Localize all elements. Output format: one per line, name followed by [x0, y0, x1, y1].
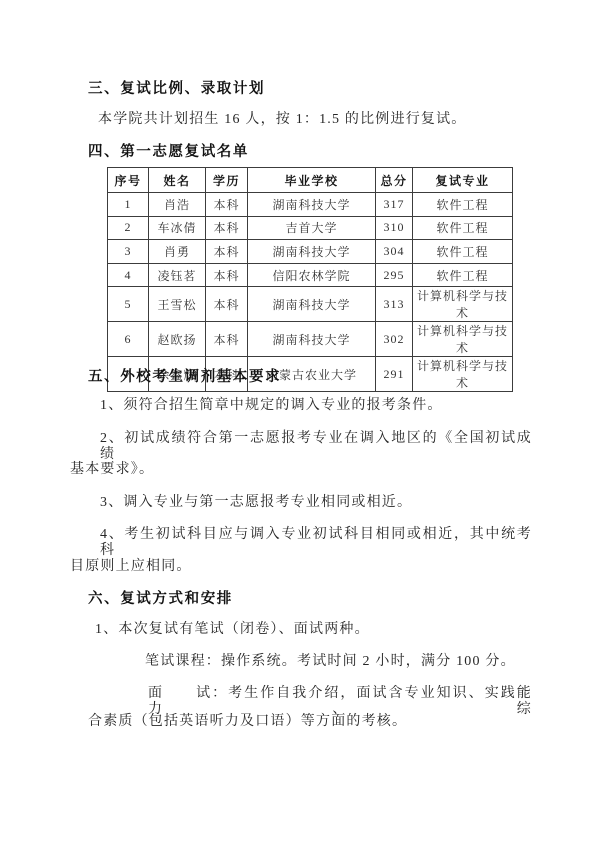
section5-item2-line1: 2、初试成绩符合第一志愿报考专业在调入地区的《全国初试成绩 [100, 431, 532, 463]
section5-heading: 五、外校考生调剂基本要求 [88, 369, 281, 386]
cell-degree: 本科 [206, 193, 248, 217]
cell-degree: 本科 [206, 263, 248, 287]
cell-school: 信阳农林学院 [248, 263, 376, 287]
cell-name: 赵欧扬 [149, 322, 206, 357]
table-row: 4 凌钰茗 本科 信阳农林学院 295 软件工程 [108, 263, 513, 287]
th-name: 姓名 [149, 168, 206, 193]
cell-degree: 本科 [206, 216, 248, 240]
cell-school: 湖南科技大学 [248, 240, 376, 264]
document-page: 三、复试比例、录取计划 本学院共计划招生 16 人，按 1：1.5 的比例进行复… [0, 0, 600, 848]
th-school: 毕业学校 [248, 168, 376, 193]
section6-interview-line2: 合素质（包括英语听力及口语）等方面的考核。 [88, 714, 407, 730]
cell-name: 王雪松 [149, 287, 206, 322]
table-row: 2 车冰倩 本科 吉首大学 310 软件工程 [108, 216, 513, 240]
section5-item4-line2: 目原则上应相同。 [70, 559, 192, 575]
cell-score: 302 [376, 322, 413, 357]
table-header-row: 序号 姓名 学历 毕业学校 总分 复试专业 [108, 168, 513, 193]
cell-name: 肖勇 [149, 240, 206, 264]
cell-degree: 本科 [206, 322, 248, 357]
cell-major: 计算机科学与技术 [413, 322, 513, 357]
section5-item4-line1: 4、考生初试科目应与调入专业初试科目相同或相近，其中统考科 [100, 527, 532, 559]
cell-school: 湖南科技大学 [248, 193, 376, 217]
cell-degree: 本科 [206, 240, 248, 264]
cell-name: 肖浩 [149, 193, 206, 217]
section3-heading: 三、复试比例、录取计划 [88, 81, 265, 98]
table-row: 6 赵欧扬 本科 湖南科技大学 302 计算机科学与技术 [108, 322, 513, 357]
cell-score: 313 [376, 287, 413, 322]
cell-score: 310 [376, 216, 413, 240]
cell-index: 1 [108, 193, 149, 217]
cell-score: 317 [376, 193, 413, 217]
table-row: 3 肖勇 本科 湖南科技大学 304 软件工程 [108, 240, 513, 264]
section4-heading: 四、第一志愿复试名单 [88, 144, 249, 161]
cell-index: 5 [108, 287, 149, 322]
section3-paragraph: 本学院共计划招生 16 人，按 1：1.5 的比例进行复试。 [98, 112, 467, 128]
section5-item2-line2: 基本要求》。 [70, 462, 154, 478]
cell-major: 软件工程 [413, 263, 513, 287]
first-choice-roster-table: 序号 姓名 学历 毕业学校 总分 复试专业 1 肖浩 本科 湖南科技大学 317… [107, 167, 513, 392]
th-score: 总分 [376, 168, 413, 193]
cell-score: 304 [376, 240, 413, 264]
cell-name: 车冰倩 [149, 216, 206, 240]
cell-major: 软件工程 [413, 193, 513, 217]
cell-major: 计算机科学与技术 [413, 357, 513, 392]
th-major: 复试专业 [413, 168, 513, 193]
table-row: 1 肖浩 本科 湖南科技大学 317 软件工程 [108, 193, 513, 217]
cell-name: 凌钰茗 [149, 263, 206, 287]
th-index: 序号 [108, 168, 149, 193]
cell-index: 4 [108, 263, 149, 287]
cell-school: 湖南科技大学 [248, 287, 376, 322]
section5-item3: 3、调入专业与第一志愿报考专业相同或相近。 [100, 495, 412, 511]
table-row: 5 王雪松 本科 湖南科技大学 313 计算机科学与技术 [108, 287, 513, 322]
cell-school: 吉首大学 [248, 216, 376, 240]
cell-score: 291 [376, 357, 413, 392]
cell-index: 2 [108, 216, 149, 240]
cell-degree: 本科 [206, 287, 248, 322]
cell-major: 计算机科学与技术 [413, 287, 513, 322]
cell-major: 软件工程 [413, 240, 513, 264]
section6-written-exam-line: 笔试课程：操作系统。考试时间 2 小时，满分 100 分。 [145, 654, 516, 670]
cell-index: 3 [108, 240, 149, 264]
th-degree: 学历 [206, 168, 248, 193]
cell-score: 295 [376, 263, 413, 287]
cell-school: 湖南科技大学 [248, 322, 376, 357]
section5-item1: 1、须符合招生简章中规定的调入专业的报考条件。 [100, 398, 443, 414]
cell-index: 6 [108, 322, 149, 357]
section6-item1: 1、本次复试有笔试（闭卷）、面试两种。 [95, 622, 370, 638]
section6-heading: 六、复试方式和安排 [88, 591, 233, 608]
cell-major: 软件工程 [413, 216, 513, 240]
